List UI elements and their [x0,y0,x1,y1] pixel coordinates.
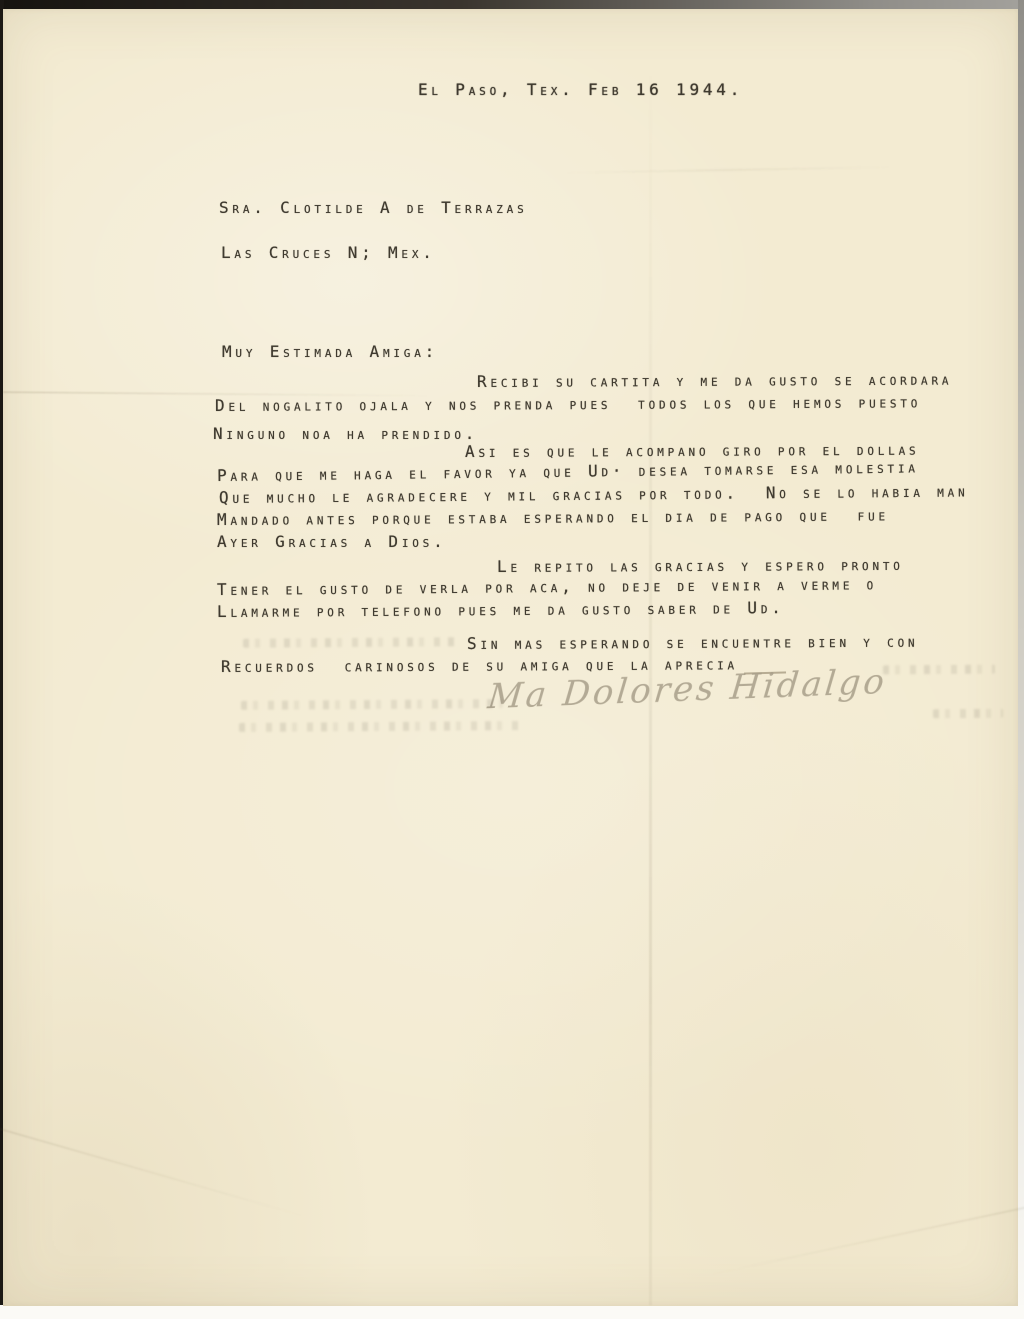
body-line: Que mucho le agradecere y mil gracias po… [219,481,969,507]
diagonal-crease [0,1122,307,1218]
scanned-letter: El Paso, Tex. Feb 16 1944. Sra. Clotilde… [0,0,1024,1319]
bleed-through-marks [241,699,503,710]
scan-edge-bottom [0,1305,1024,1319]
bleed-through-marks [883,665,995,675]
body-line: Ninguno noa ha prendido. [213,424,478,443]
body-line: Del nogalito ojala y nos prenda pues tod… [215,392,921,415]
bleed-through-marks [239,721,525,732]
body-line: Mandado antes porque estaba esperando el… [217,505,889,529]
bleed-through-marks [243,637,458,648]
salutation: Muy Estimada Amiga: [222,342,438,361]
diagonal-crease [707,1204,1024,1277]
recipient-city: Las Cruces N; Mex. [221,243,436,262]
body-line: Recibi su cartita y me da gusto se acord… [477,370,952,391]
scan-edge-right [1018,0,1024,1319]
letter-page: El Paso, Tex. Feb 16 1944. Sra. Clotilde… [3,9,1018,1306]
body-line: Para que me haga el favor ya que Ud· des… [217,457,919,485]
recipient-name: Sra. Clotilde A de Terrazas [219,198,528,217]
horizontal-crease [563,166,893,174]
body-line: Le repito las gracias y espero pronto [497,555,904,576]
bleed-through-marks [933,709,1003,718]
dateline: El Paso, Tex. Feb 16 1944. [418,80,743,99]
closing-line: Sin mas esperando se encuentre bien y co… [467,632,919,653]
body-line: Llamarme por telefono pues me da gusto s… [217,598,785,621]
body-line: Ayer Gracias a Dios. [217,532,447,551]
body-line: Tener el gusto de verla por aca, no deje… [217,574,877,599]
